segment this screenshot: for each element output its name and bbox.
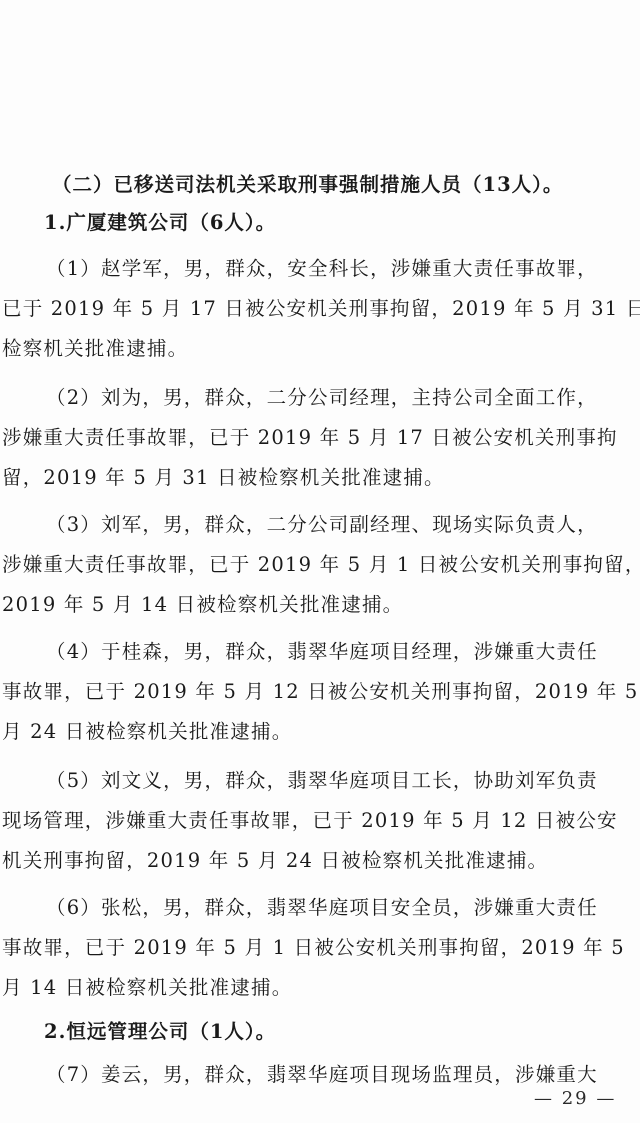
person-3-line-2: 涉嫌重大责任事故罪，已于 2019 年 5 月 1 日被公安机关刑事拘留， <box>2 545 640 585</box>
person-6-line-3: 月 14 日被检察机关批准逮捕。 <box>2 968 640 1008</box>
person-1-line-2: 已于 2019 年 5 月 17 日被公安机关刑事拘留，2019 年 5 月 3… <box>2 289 640 329</box>
person-4-line-2: 事故罪，已于 2019 年 5 月 12 日被公安机关刑事拘留，2019 年 5 <box>2 672 640 712</box>
person-6-line-1: （6）张松，男，群众，翡翠华庭项目安全员，涉嫌重大责任 <box>46 888 640 928</box>
person-2-line-1: （2）刘为，男，群众，二分公司经理，主持公司全面工作， <box>46 378 640 418</box>
person-6-line-2: 事故罪，已于 2019 年 5 月 1 日被公安机关刑事拘留，2019 年 5 <box>2 928 640 968</box>
section-heading: （二）已移送司法机关采取刑事强制措施人员（13人）。 <box>52 165 640 205</box>
page-number: — 29 — <box>534 1088 616 1109</box>
person-4-line-1: （4）于桂森，男，群众，翡翠华庭项目经理，涉嫌重大责任 <box>46 632 640 672</box>
person-4-line-3: 月 24 日被检察机关批准逮捕。 <box>2 712 640 752</box>
person-5-line-2: 现场管理，涉嫌重大责任事故罪，已于 2019 年 5 月 12 日被公安 <box>2 801 640 841</box>
person-5-line-3: 机关刑事拘留，2019 年 5 月 24 日被检察机关批准逮捕。 <box>2 841 640 881</box>
group-heading-guangsha: 1.广厦建筑公司（6人）。 <box>44 203 640 243</box>
person-3-line-1: （3）刘军，男，群众，二分公司副经理、现场实际负责人， <box>46 505 640 545</box>
person-1-line-3: 检察机关批准逮捕。 <box>2 329 640 369</box>
person-1-line-1: （1）赵学军，男，群众，安全科长，涉嫌重大责任事故罪， <box>46 249 640 289</box>
person-2-line-2: 涉嫌重大责任事故罪，已于 2019 年 5 月 17 日被公安机关刑事拘 <box>2 418 640 458</box>
person-3-line-3: 2019 年 5 月 14 日被检察机关批准逮捕。 <box>2 585 640 625</box>
group-heading-hengyuan: 2.恒远管理公司（1人）。 <box>44 1012 640 1052</box>
document-page: （二）已移送司法机关采取刑事强制措施人员（13人）。 1.广厦建筑公司（6人）。… <box>0 0 640 1123</box>
person-2-line-3: 留，2019 年 5 月 31 日被检察机关批准逮捕。 <box>2 458 640 498</box>
person-5-line-1: （5）刘文义，男，群众，翡翠华庭项目工长，协助刘军负责 <box>46 761 640 801</box>
